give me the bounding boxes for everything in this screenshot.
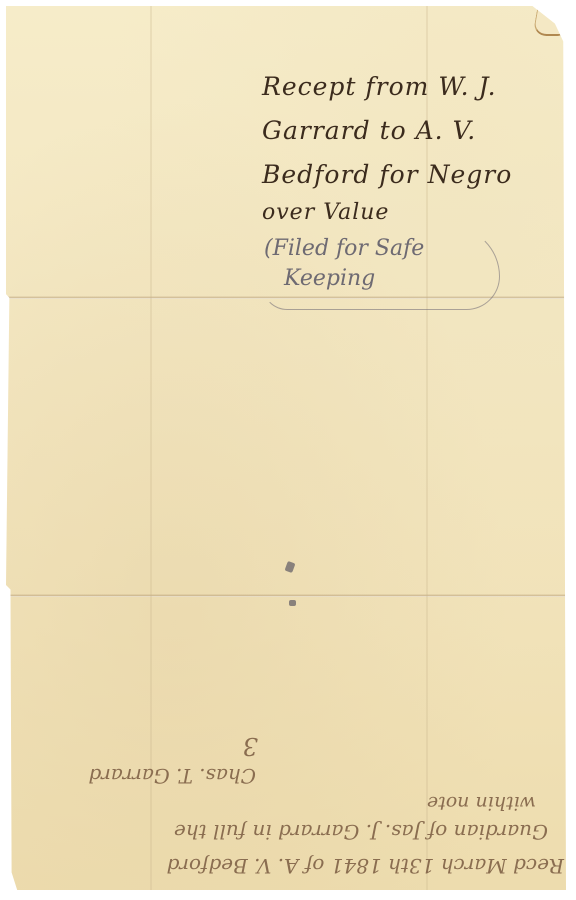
folded-corner [532,6,568,36]
stray-pencil-mark [289,600,296,606]
fold-line-vertical-left [150,6,152,890]
docket-line-4: over Value [262,200,389,225]
pencil-line-1: (Filed for Safe [264,236,424,261]
receipt-line-1: Recd March 13th 1841 of A. V. Bedford [167,854,564,878]
docket-line-1: Recept from W. J. [262,72,497,101]
receipt-line-2: Guardian of Jas. J. Garrard in full the [174,820,548,844]
docket-line-3: Bedford for Negro [262,160,512,189]
receipt-signature: Chas. T. Garrard [88,764,256,788]
receipt-number: 3 [243,732,258,760]
pencil-line-2: Keeping [284,266,375,291]
receipt-line-3: within note [427,792,536,814]
fold-line-lower [6,594,566,597]
docket-line-2: Garrard to A. V. [262,116,476,145]
